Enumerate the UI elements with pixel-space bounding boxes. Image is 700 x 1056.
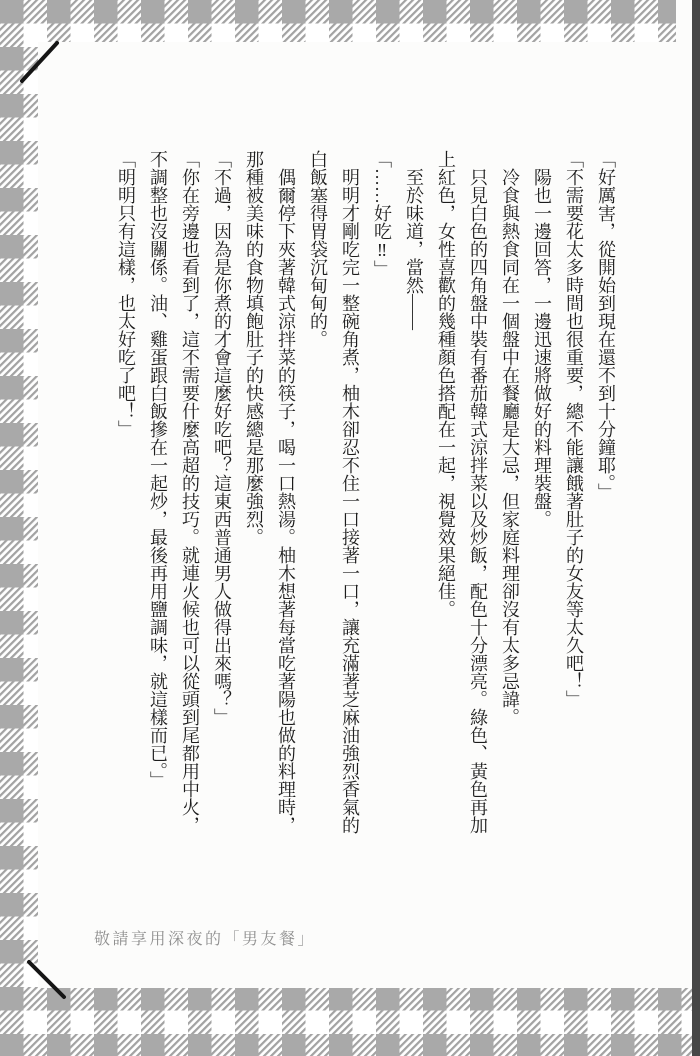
novel-paragraph: 陽也一邊回答，一邊迅速將做好的料理裝盤。 bbox=[526, 150, 558, 840]
footer-caption: 敬請享用深夜的「男友餐」 bbox=[94, 926, 316, 949]
novel-paragraph: 「明明只有這樣，也太好吃了吧！」 bbox=[110, 150, 142, 840]
novel-paragraph: 偶爾停下夾著韓式涼拌菜的筷子，喝一口熱湯。柚木想著每當吃著陽也做的料理時，那種被… bbox=[238, 150, 302, 840]
left-border-band bbox=[0, 0, 38, 1056]
novel-paragraph: 「不需要花太多時間也很重要，總不能讓餓著肚子的女友等太久吧！」 bbox=[558, 150, 590, 840]
top-border-band bbox=[0, 0, 676, 42]
novel-paragraph: 冷食與熱食同在一個盤中在餐廳是大忌，但家庭料理卻沒有太多忌諱。 bbox=[494, 150, 526, 840]
novel-paragraph: 明明才剛吃完一整碗角煮，柚木卻忍不住一口接著一口，讓充滿著芝麻油強烈香氣的白飯塞… bbox=[302, 150, 366, 840]
novel-text: 「好厲害，從開始到現在還不到十分鐘耶。」「不需要花太多時間也很重要，總不能讓餓著… bbox=[100, 150, 622, 840]
bottom-border-band bbox=[0, 988, 692, 1056]
novel-paragraph: 至於味道，當然—— bbox=[398, 150, 430, 840]
page-edge-strip bbox=[692, 0, 700, 1056]
novel-paragraph: 「你在旁邊也看到了，這不需要什麼高超的技巧。就連火候也可以從頭到尾都用中火，不調… bbox=[142, 150, 206, 840]
novel-paragraph: 只見白色的四角盤中裝有番茄韓式涼拌菜以及炒飯，配色十分漂亮。綠色、黃色再加上紅色… bbox=[430, 150, 494, 840]
scanned-novel-page: 「好厲害，從開始到現在還不到十分鐘耶。」「不需要花太多時間也很重要，總不能讓餓著… bbox=[0, 0, 700, 1056]
novel-paragraph: 「好厲害，從開始到現在還不到十分鐘耶。」 bbox=[590, 150, 622, 840]
novel-paragraph: 「不過，因為是你煮的才會這麼好吃吧？這東西普通男人做得出來嗎？」 bbox=[206, 150, 238, 840]
novel-paragraph: 「……好吃‼」 bbox=[366, 150, 398, 840]
